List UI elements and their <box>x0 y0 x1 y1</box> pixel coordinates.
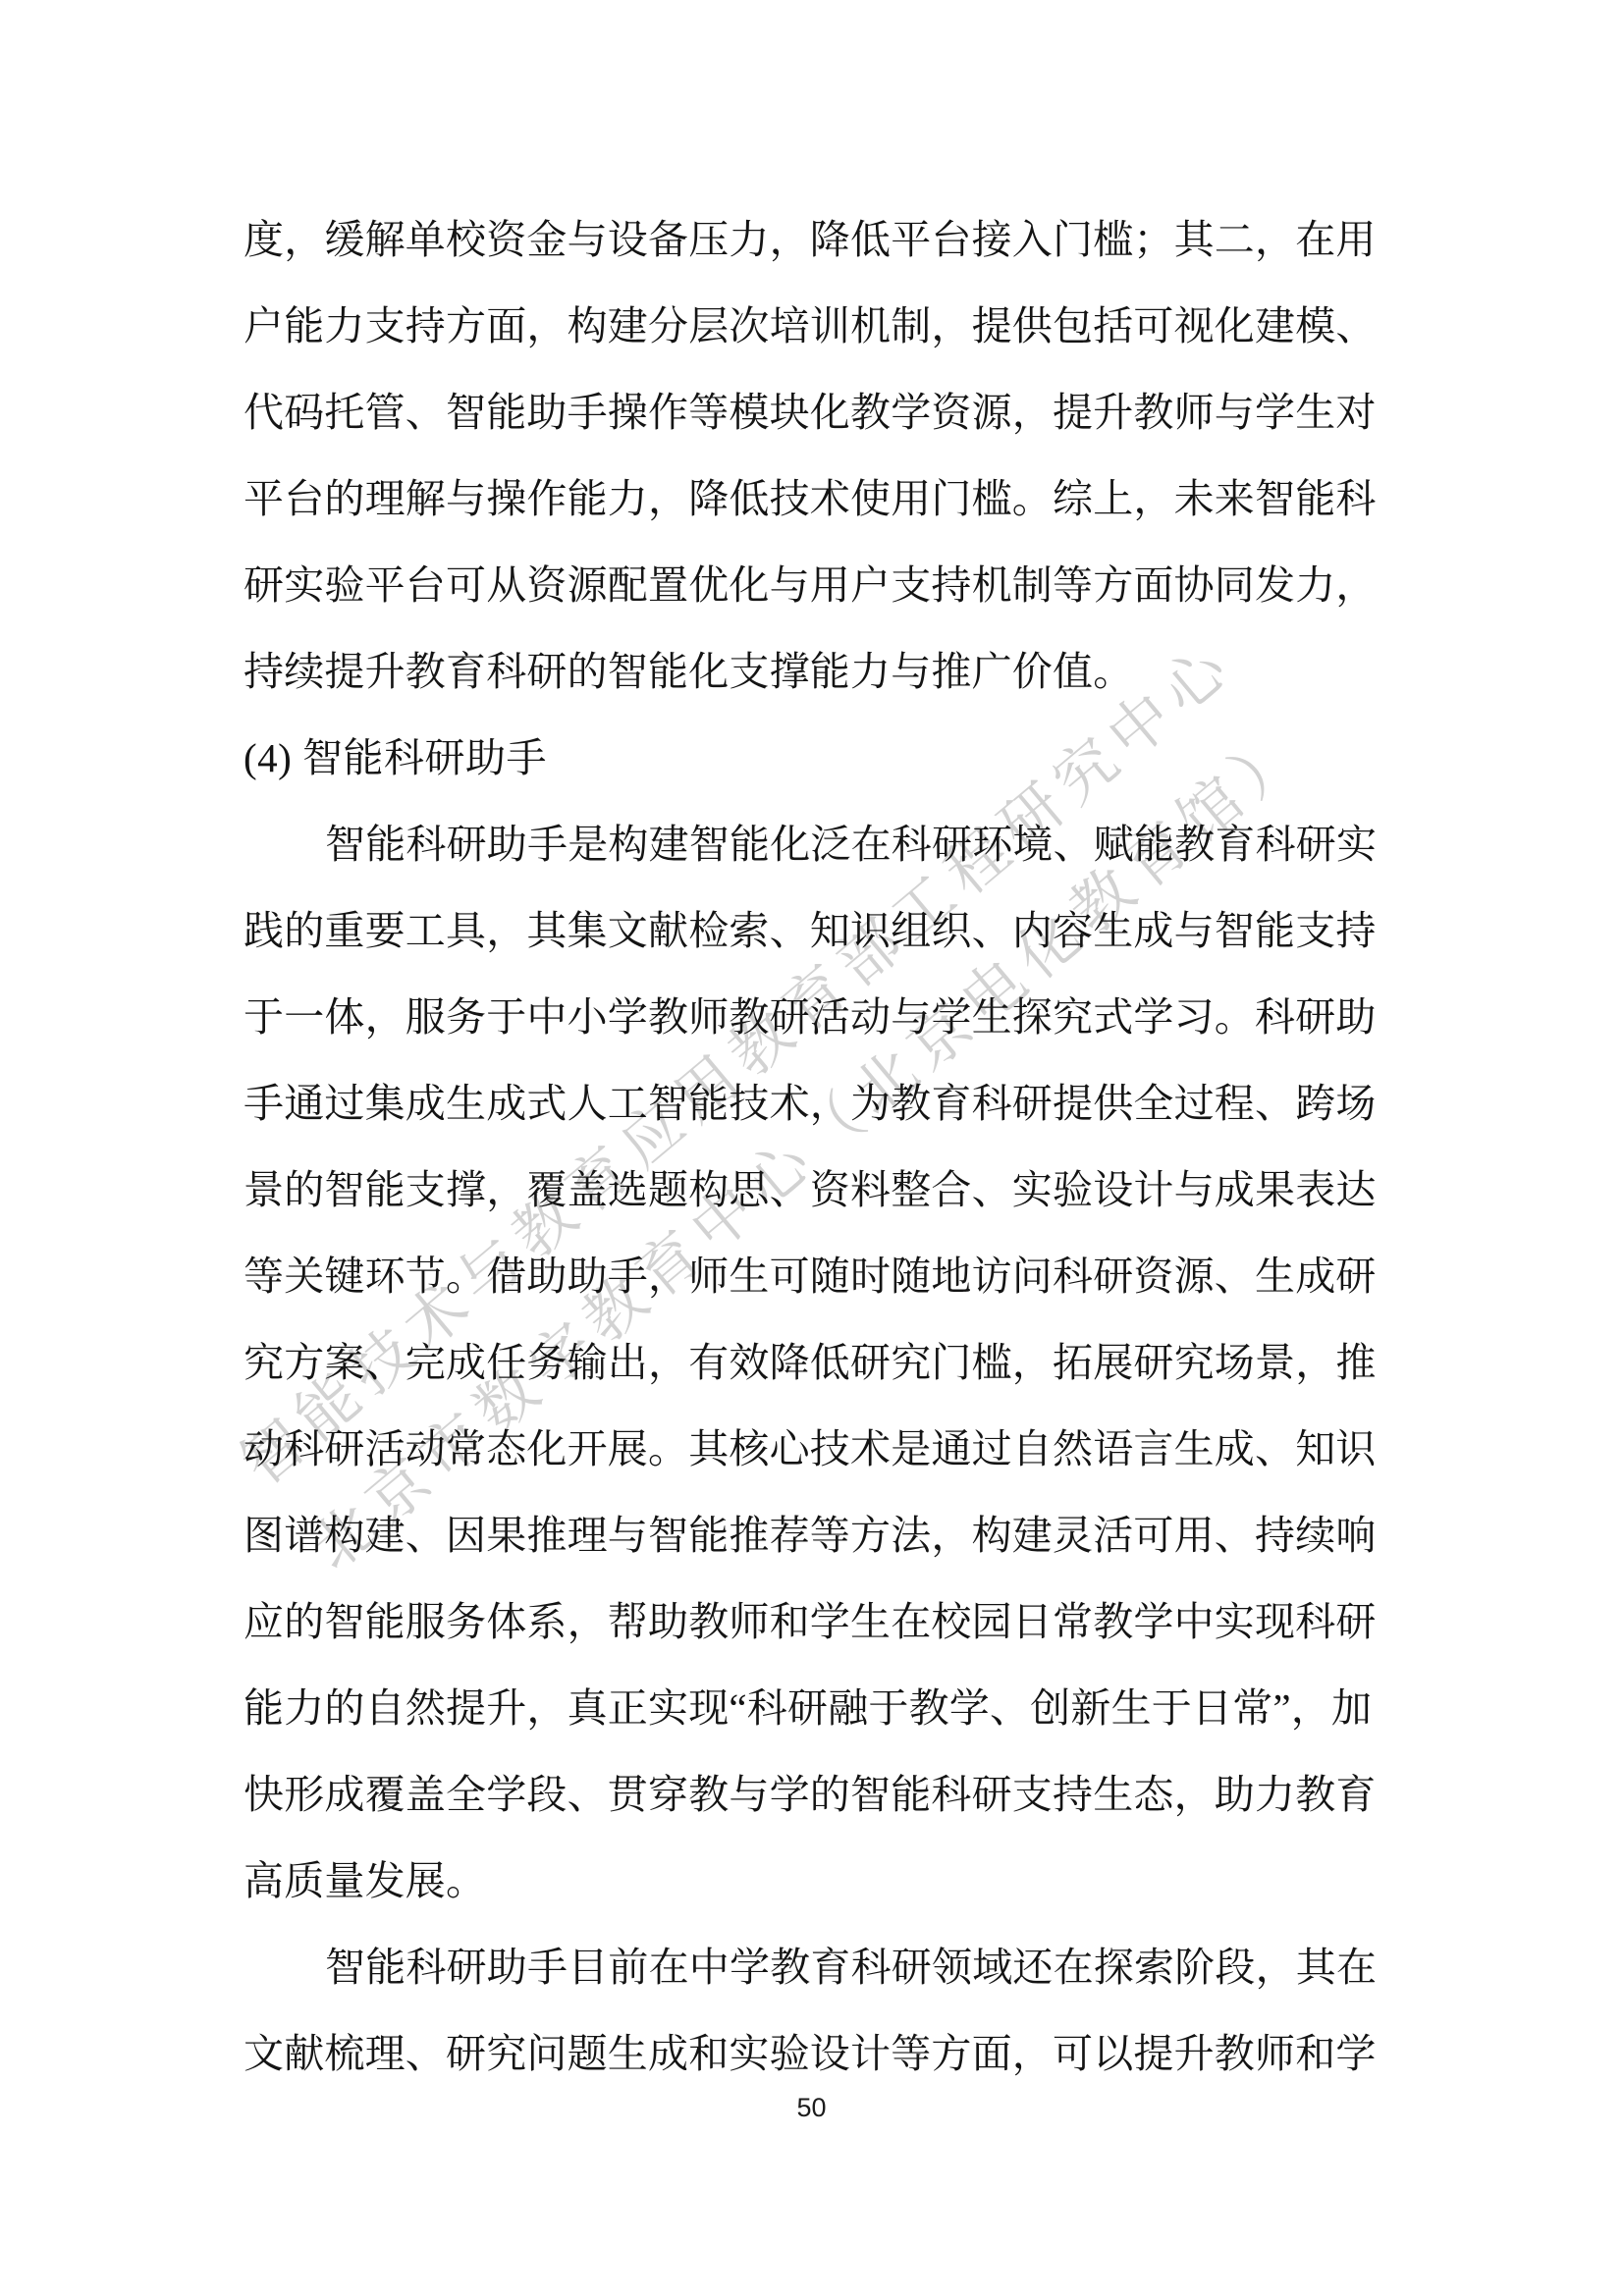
text-line: 研实验平台可从资源配置优化与用户支持机制等方面协同发力， <box>243 542 1375 628</box>
text-line: 户能力支持方面，构建分层次培训机制，提供包括可视化建模、 <box>243 283 1375 369</box>
text-line: 高质量发展。 <box>243 1838 1375 1924</box>
document-body: 度，缓解单校资金与设备压力，降低平台接入门槛；其二，在用户能力支持方面，构建分层… <box>243 196 1375 2097</box>
section-heading: (4) 智能科研助手 <box>243 715 1375 801</box>
text-line: 应的智能服务体系，帮助教师和学生在校园日常教学中实现科研 <box>243 1578 1375 1665</box>
text-line: 于一体，服务于中小学教师教研活动与学生探究式学习。科研助 <box>243 974 1375 1060</box>
text-line: 能力的自然提升，真正实现“科研融于教学、创新生于日常”，加 <box>243 1665 1375 1751</box>
text-line: 代码托管、智能助手操作等模块化教学资源，提升教师与学生对 <box>243 369 1375 455</box>
text-line: 图谱构建、因果推理与智能推荐等方法，构建灵活可用、持续响 <box>243 1492 1375 1578</box>
text-line: 践的重要工具，其集文献检索、知识组织、内容生成与智能支持 <box>243 887 1375 974</box>
text-line: 快形成覆盖全学段、贯穿教与学的智能科研支持生态，助力教育 <box>243 1751 1375 1838</box>
text-line: 持续提升教育科研的智能化支撑能力与推广价值。 <box>243 628 1375 715</box>
text-line: 文献梳理、研究问题生成和实验设计等方面，可以提升教师和学 <box>243 2010 1375 2097</box>
text-line: 动科研活动常态化开展。其核心技术是通过自然语言生成、知识 <box>243 1406 1375 1492</box>
text-line: 平台的理解与操作能力，降低技术使用门槛。综上，未来智能科 <box>243 455 1375 542</box>
text-line: 手通过集成生成式人工智能技术，为教育科研提供全过程、跨场 <box>243 1060 1375 1147</box>
text-line: 景的智能支撑，覆盖选题构思、资料整合、实验设计与成果表达 <box>243 1147 1375 1233</box>
text-line: 等关键环节。借助助手，师生可随时随地访问科研资源、生成研 <box>243 1233 1375 1319</box>
page-number: 50 <box>0 2093 1623 2122</box>
text-line: 究方案、完成任务输出，有效降低研究门槛，拓展研究场景，推 <box>243 1319 1375 1406</box>
text-line: 智能科研助手是构建智能化泛在科研环境、赋能教育科研实 <box>243 801 1375 887</box>
text-line: 度，缓解单校资金与设备压力，降低平台接入门槛；其二，在用 <box>243 196 1375 283</box>
text-line: 智能科研助手目前在中学教育科研领域还在探索阶段，其在 <box>243 1924 1375 2010</box>
document-page: 智能技术与教育应用教育部工程研究中心 北京市数字教育中心（北京电化教育馆） 度，… <box>0 0 1623 2296</box>
